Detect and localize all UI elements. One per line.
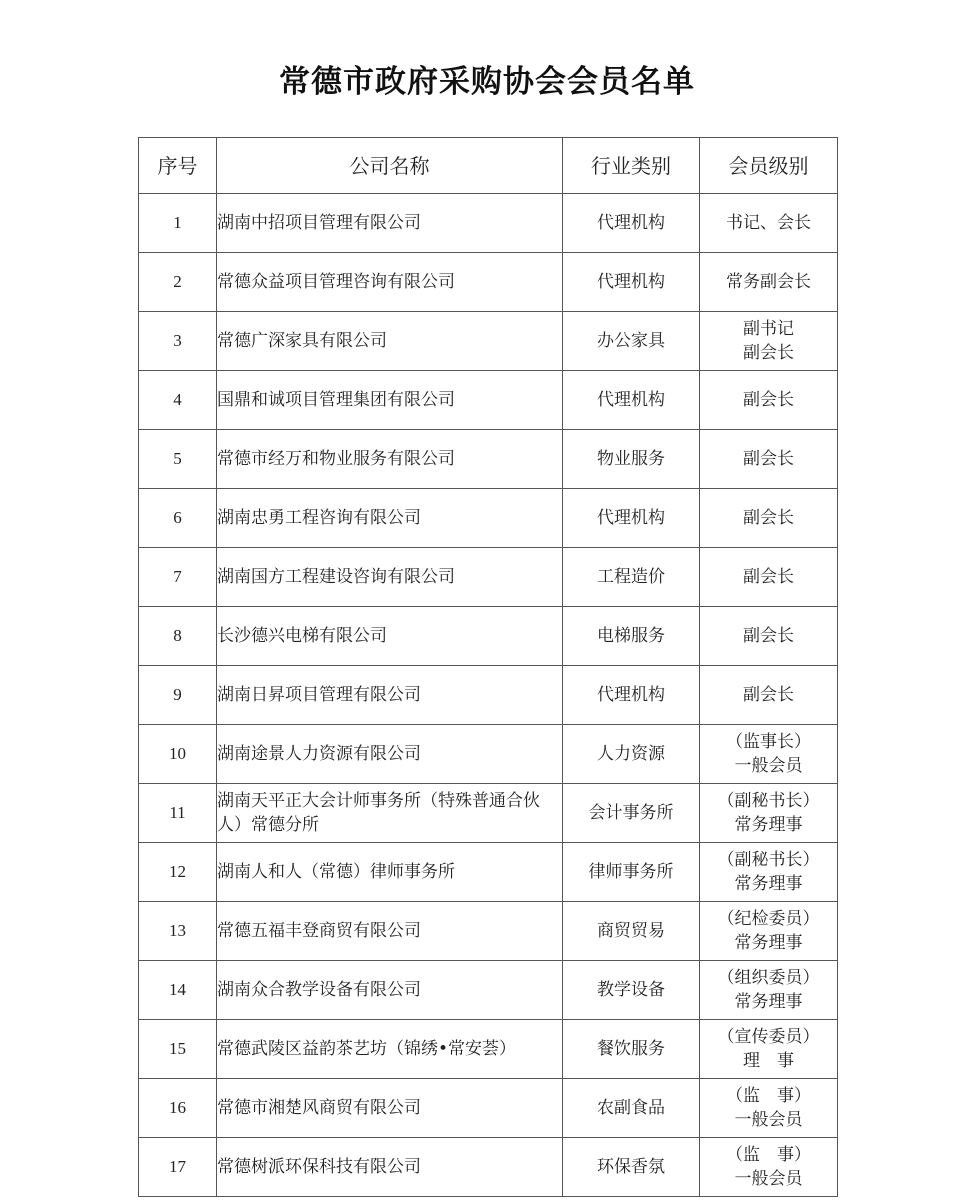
row-number: 5 — [139, 430, 217, 489]
member-level-line: 一般会员 — [700, 1167, 837, 1191]
industry-category: 农副食品 — [563, 1079, 700, 1138]
member-level-line: 副书记 — [700, 317, 837, 341]
table-row: 12湖南人和人（常德）律师事务所律师事务所（副秘书长）常务理事 — [139, 843, 838, 902]
table-row: 7湖南国方工程建设咨询有限公司工程造价副会长 — [139, 548, 838, 607]
member-level: （监事长）一般会员 — [700, 725, 838, 784]
table-row: 1湖南中招项目管理有限公司代理机构书记、会长 — [139, 194, 838, 253]
company-name: 常德市湘楚风商贸有限公司 — [217, 1079, 563, 1138]
row-number: 15 — [139, 1020, 217, 1079]
member-level-line: （监 事） — [700, 1084, 837, 1108]
table-row: 10湖南途景人力资源有限公司人力资源（监事长）一般会员 — [139, 725, 838, 784]
row-number: 9 — [139, 666, 217, 725]
member-level: （纪检委员）常务理事 — [700, 902, 838, 961]
row-number: 3 — [139, 312, 217, 371]
member-level: （监 事）一般会员 — [700, 1079, 838, 1138]
member-level-line: 副会长 — [700, 624, 837, 648]
member-level-line: 副会长 — [700, 565, 837, 589]
member-level-line: 常务理事 — [700, 872, 837, 896]
table-row: 13常德五福丰登商贸有限公司商贸贸易（纪检委员）常务理事 — [139, 902, 838, 961]
table-header-row: 序号 公司名称 行业类别 会员级别 — [139, 138, 838, 194]
table-row: 8长沙德兴电梯有限公司电梯服务副会长 — [139, 607, 838, 666]
company-name: 湖南国方工程建设咨询有限公司 — [217, 548, 563, 607]
industry-category: 物业服务 — [563, 430, 700, 489]
member-level-line: （副秘书长） — [700, 848, 837, 872]
row-number: 8 — [139, 607, 217, 666]
table-row: 14湖南众合教学设备有限公司教学设备（组织委员）常务理事 — [139, 961, 838, 1020]
member-level-line: 理 事 — [700, 1049, 837, 1073]
company-name: 常德武陵区益韵茶艺坊（锦绣•常安荟） — [217, 1020, 563, 1079]
member-level-line: 一般会员 — [700, 1108, 837, 1132]
table-row: 5常德市经万和物业服务有限公司物业服务副会长 — [139, 430, 838, 489]
member-level-line: （监事长） — [700, 730, 837, 754]
industry-category: 代理机构 — [563, 666, 700, 725]
member-level-line: 副会长 — [700, 683, 837, 707]
row-number: 6 — [139, 489, 217, 548]
member-level: 副会长 — [700, 548, 838, 607]
member-level: （副秘书长）常务理事 — [700, 843, 838, 902]
member-level-line: 副会长 — [700, 506, 837, 530]
member-level-line: （宣传委员） — [700, 1025, 837, 1049]
row-number: 14 — [139, 961, 217, 1020]
member-level: （副秘书长）常务理事 — [700, 784, 838, 843]
member-level: （宣传委员）理 事 — [700, 1020, 838, 1079]
industry-category: 代理机构 — [563, 253, 700, 312]
member-level-line: 常务理事 — [700, 813, 837, 837]
member-level: （监 事）一般会员 — [700, 1138, 838, 1197]
row-number: 10 — [139, 725, 217, 784]
row-number: 17 — [139, 1138, 217, 1197]
industry-category: 教学设备 — [563, 961, 700, 1020]
industry-category: 会计事务所 — [563, 784, 700, 843]
member-level-line: 书记、会长 — [700, 211, 837, 235]
row-number: 11 — [139, 784, 217, 843]
industry-category: 律师事务所 — [563, 843, 700, 902]
company-name: 湖南人和人（常德）律师事务所 — [217, 843, 563, 902]
company-name: 湖南天平正大会计师事务所（特殊普通合伙人）常德分所 — [217, 784, 563, 843]
table-row: 15常德武陵区益韵茶艺坊（锦绣•常安荟）餐饮服务（宣传委员）理 事 — [139, 1020, 838, 1079]
member-level: 副会长 — [700, 371, 838, 430]
document-title: 常德市政府采购协会会员名单 — [0, 56, 974, 101]
row-number: 7 — [139, 548, 217, 607]
header-level: 会员级别 — [700, 138, 838, 194]
member-level-line: 常务理事 — [700, 931, 837, 955]
table-body: 1湖南中招项目管理有限公司代理机构书记、会长2常德众益项目管理咨询有限公司代理机… — [139, 194, 838, 1197]
member-level-line: （副秘书长） — [700, 789, 837, 813]
row-number: 12 — [139, 843, 217, 902]
member-level-line: 常务理事 — [700, 990, 837, 1014]
member-level: 副会长 — [700, 489, 838, 548]
member-level-line: 副会长 — [700, 388, 837, 412]
member-level: 副会长 — [700, 666, 838, 725]
header-company: 公司名称 — [217, 138, 563, 194]
company-name: 湖南途景人力资源有限公司 — [217, 725, 563, 784]
member-level-line: （监 事） — [700, 1143, 837, 1167]
company-name: 常德市经万和物业服务有限公司 — [217, 430, 563, 489]
header-industry: 行业类别 — [563, 138, 700, 194]
member-level: 常务副会长 — [700, 253, 838, 312]
member-level: 书记、会长 — [700, 194, 838, 253]
company-name: 湖南中招项目管理有限公司 — [217, 194, 563, 253]
row-number: 16 — [139, 1079, 217, 1138]
table-row: 11湖南天平正大会计师事务所（特殊普通合伙人）常德分所会计事务所（副秘书长）常务… — [139, 784, 838, 843]
company-name: 常德广深家具有限公司 — [217, 312, 563, 371]
row-number: 1 — [139, 194, 217, 253]
member-level-line: 副会长 — [700, 447, 837, 471]
row-number: 2 — [139, 253, 217, 312]
row-number: 13 — [139, 902, 217, 961]
row-number: 4 — [139, 371, 217, 430]
company-name: 长沙德兴电梯有限公司 — [217, 607, 563, 666]
table-row: 2常德众益项目管理咨询有限公司代理机构常务副会长 — [139, 253, 838, 312]
table-row: 4国鼎和诚项目管理集团有限公司代理机构副会长 — [139, 371, 838, 430]
member-level: 副会长 — [700, 607, 838, 666]
company-name: 湖南忠勇工程咨询有限公司 — [217, 489, 563, 548]
table-row: 17常德树派环保科技有限公司环保香氛（监 事）一般会员 — [139, 1138, 838, 1197]
company-name: 湖南日昇项目管理有限公司 — [217, 666, 563, 725]
company-name: 常德五福丰登商贸有限公司 — [217, 902, 563, 961]
table-row: 3常德广深家具有限公司办公家具副书记副会长 — [139, 312, 838, 371]
member-level: （组织委员）常务理事 — [700, 961, 838, 1020]
member-level-line: （组织委员） — [700, 966, 837, 990]
member-level-line: 一般会员 — [700, 754, 837, 778]
industry-category: 工程造价 — [563, 548, 700, 607]
table-row: 9湖南日昇项目管理有限公司代理机构副会长 — [139, 666, 838, 725]
industry-category: 代理机构 — [563, 489, 700, 548]
company-name: 常德树派环保科技有限公司 — [217, 1138, 563, 1197]
table-row: 6湖南忠勇工程咨询有限公司代理机构副会长 — [139, 489, 838, 548]
member-table: 序号 公司名称 行业类别 会员级别 1湖南中招项目管理有限公司代理机构书记、会长… — [138, 137, 838, 1197]
table-row: 16常德市湘楚风商贸有限公司农副食品（监 事）一般会员 — [139, 1079, 838, 1138]
industry-category: 代理机构 — [563, 371, 700, 430]
member-level: 副会长 — [700, 430, 838, 489]
industry-category: 办公家具 — [563, 312, 700, 371]
industry-category: 代理机构 — [563, 194, 700, 253]
industry-category: 商贸贸易 — [563, 902, 700, 961]
company-name: 常德众益项目管理咨询有限公司 — [217, 253, 563, 312]
industry-category: 餐饮服务 — [563, 1020, 700, 1079]
member-level-line: 常务副会长 — [700, 270, 837, 294]
member-level: 副书记副会长 — [700, 312, 838, 371]
header-no: 序号 — [139, 138, 217, 194]
industry-category: 环保香氛 — [563, 1138, 700, 1197]
industry-category: 人力资源 — [563, 725, 700, 784]
company-name: 国鼎和诚项目管理集团有限公司 — [217, 371, 563, 430]
member-level-line: （纪检委员） — [700, 907, 837, 931]
company-name: 湖南众合教学设备有限公司 — [217, 961, 563, 1020]
member-level-line: 副会长 — [700, 341, 837, 365]
industry-category: 电梯服务 — [563, 607, 700, 666]
